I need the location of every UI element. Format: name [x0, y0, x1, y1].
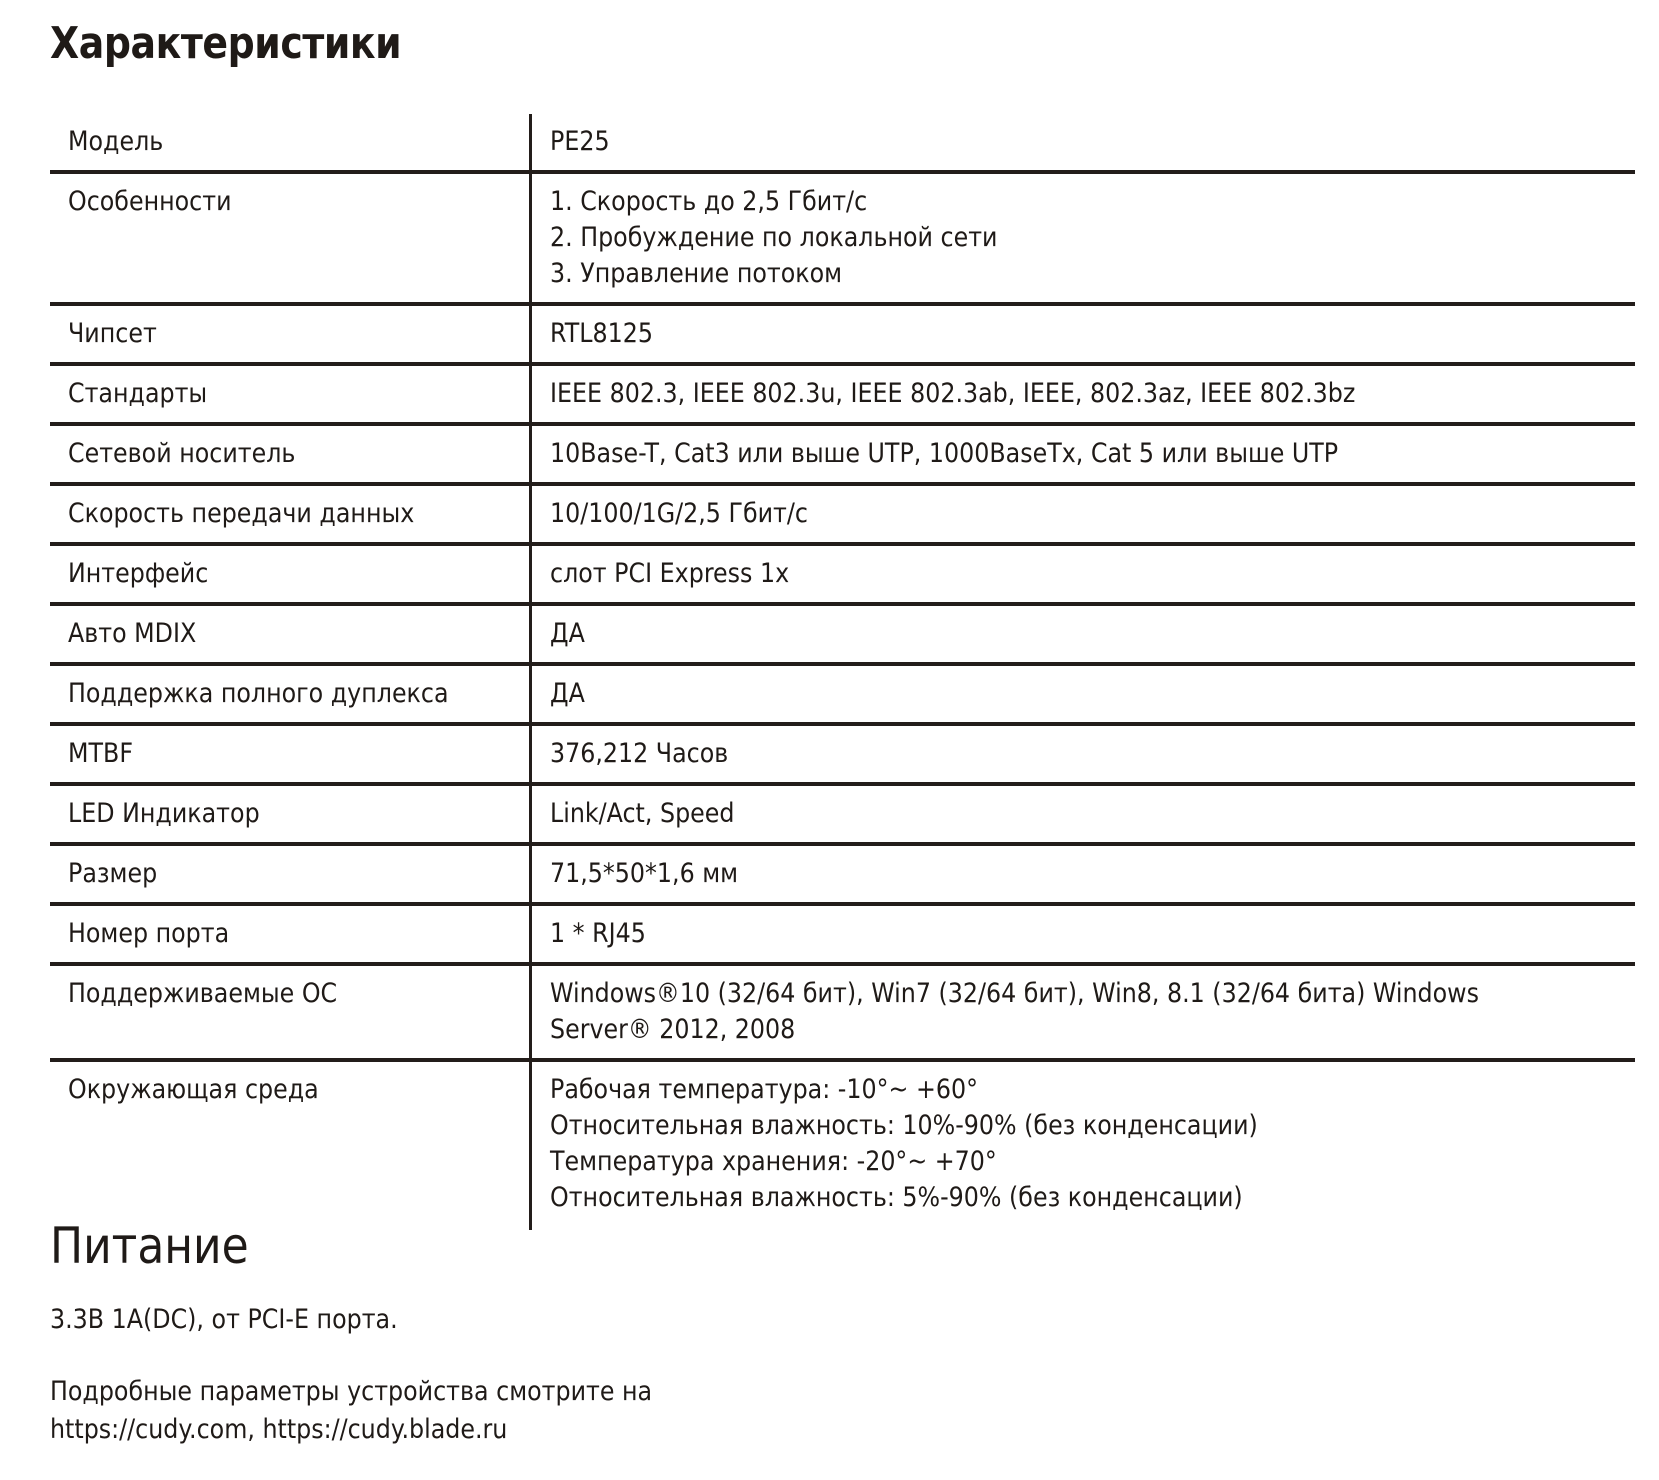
spec-label: LED Индикатор: [50, 784, 531, 844]
spec-value-line: 376,212 Часов: [550, 736, 1634, 772]
power-description: 3.3В 1А(DC), от PCI-E порта.: [50, 1302, 445, 1338]
spec-value-line: PE25: [550, 124, 1634, 160]
spec-value: IEEE 802.3, IEEE 802.3u, IEEE 802.3ab, I…: [531, 364, 1636, 424]
spec-row: Поддерживаемые ОСWindows®10 (32/64 бит),…: [50, 964, 1635, 1060]
spec-label: Номер порта: [50, 904, 531, 964]
spec-value-line: Относительная влажность: 5%-90% (без кон…: [550, 1180, 1634, 1216]
spec-label: Чипсет: [50, 304, 531, 364]
spec-value: RTL8125: [531, 304, 1636, 364]
spec-value-line: 2. Пробуждение по локальной сети: [550, 220, 1634, 256]
spec-row: Поддержка полного дуплексаДА: [50, 664, 1635, 724]
spec-value-line: Рабочая температура: -10°~ +60°: [550, 1072, 1634, 1108]
spec-label: Особенности: [50, 172, 531, 304]
spec-value: Рабочая температура: -10°~ +60°Относител…: [531, 1060, 1636, 1230]
spec-value-line: ДА: [550, 616, 1634, 652]
spec-value-line: Относительная влажность: 10%-90% (без ко…: [550, 1108, 1634, 1144]
spec-label: Стандарты: [50, 364, 531, 424]
spec-row: Интерфейсслот PCI Express 1x: [50, 544, 1635, 604]
spec-value: 1. Скорость до 2,5 Гбит/с2. Пробуждение …: [531, 172, 1636, 304]
spec-label: MTBF: [50, 724, 531, 784]
spec-label: Поддержка полного дуплекса: [50, 664, 531, 724]
more-info-text: Подробные параметры устройства смотрите …: [50, 1373, 734, 1411]
spec-label: Скорость передачи данных: [50, 484, 531, 544]
spec-value-line: 1. Скорость до 2,5 Гбит/с: [550, 184, 1634, 220]
spec-value-line: 3. Управление потоком: [550, 256, 1634, 292]
spec-value-line: 10Base-T, Cat3 или выше UTP, 1000BaseTx,…: [550, 436, 1634, 472]
spec-value: 376,212 Часов: [531, 724, 1636, 784]
spec-value-line: Температура хранения: -20°~ +70°: [550, 1144, 1634, 1180]
spec-row: Окружающая средаРабочая температура: -10…: [50, 1060, 1635, 1230]
spec-label: Интерфейс: [50, 544, 531, 604]
spec-value-line: 10/100/1G/2,5 Гбит/с: [550, 496, 1634, 532]
spec-value: PE25: [531, 114, 1636, 172]
spec-value-line: RTL8125: [550, 316, 1634, 352]
page-title: Характеристики: [50, 14, 401, 74]
spec-row: Номер порта1 * RJ45: [50, 904, 1635, 964]
spec-label: Сетевой носитель: [50, 424, 531, 484]
spec-label: Модель: [50, 114, 531, 172]
spec-row: LED ИндикаторLink/Act, Speed: [50, 784, 1635, 844]
spec-value-line: слот PCI Express 1x: [550, 556, 1634, 592]
spec-value: Link/Act, Speed: [531, 784, 1636, 844]
spec-value-line: 1 * RJ45: [550, 916, 1634, 952]
spec-row: Размер71,5*50*1,6 мм: [50, 844, 1635, 904]
spec-value-line: 71,5*50*1,6 мм: [550, 856, 1634, 892]
spec-row: ЧипсетRTL8125: [50, 304, 1635, 364]
spec-label: Авто MDIX: [50, 604, 531, 664]
spec-label: Окружающая среда: [50, 1060, 531, 1230]
spec-value: 1 * RJ45: [531, 904, 1636, 964]
spec-row: MTBF376,212 Часов: [50, 724, 1635, 784]
spec-row: Скорость передачи данных10/100/1G/2,5 Гб…: [50, 484, 1635, 544]
spec-row: Авто MDIXДА: [50, 604, 1635, 664]
spec-value-line: ДА: [550, 676, 1634, 712]
more-info-links[interactable]: https://cudy.com, https://cudy.blade.ru: [50, 1411, 734, 1449]
spec-row: МодельPE25: [50, 114, 1635, 172]
spec-value-line: IEEE 802.3, IEEE 802.3u, IEEE 802.3ab, I…: [550, 376, 1634, 412]
spec-row: Особенности1. Скорость до 2,5 Гбит/с2. П…: [50, 172, 1635, 304]
spec-value: Windows®10 (32/64 бит), Win7 (32/64 бит)…: [531, 964, 1636, 1060]
more-info: Подробные параметры устройства смотрите …: [50, 1373, 734, 1449]
specifications-table: МодельPE25Особенности1. Скорость до 2,5 …: [50, 114, 1635, 1230]
spec-label: Размер: [50, 844, 531, 904]
spec-value: 71,5*50*1,6 мм: [531, 844, 1636, 904]
spec-value-line: Server® 2012, 2008: [550, 1012, 1634, 1048]
spec-value: слот PCI Express 1x: [531, 544, 1636, 604]
spec-value: ДА: [531, 664, 1636, 724]
spec-value: 10Base-T, Cat3 или выше UTP, 1000BaseTx,…: [531, 424, 1636, 484]
power-heading: Питание: [50, 1216, 249, 1276]
spec-value-line: Link/Act, Speed: [550, 796, 1634, 832]
spec-label: Поддерживаемые ОС: [50, 964, 531, 1060]
spec-value: 10/100/1G/2,5 Гбит/с: [531, 484, 1636, 544]
spec-row: СтандартыIEEE 802.3, IEEE 802.3u, IEEE 8…: [50, 364, 1635, 424]
spec-row: Сетевой носитель10Base-T, Cat3 или выше …: [50, 424, 1635, 484]
spec-value: ДА: [531, 604, 1636, 664]
spec-value-line: Windows®10 (32/64 бит), Win7 (32/64 бит)…: [550, 976, 1634, 1012]
